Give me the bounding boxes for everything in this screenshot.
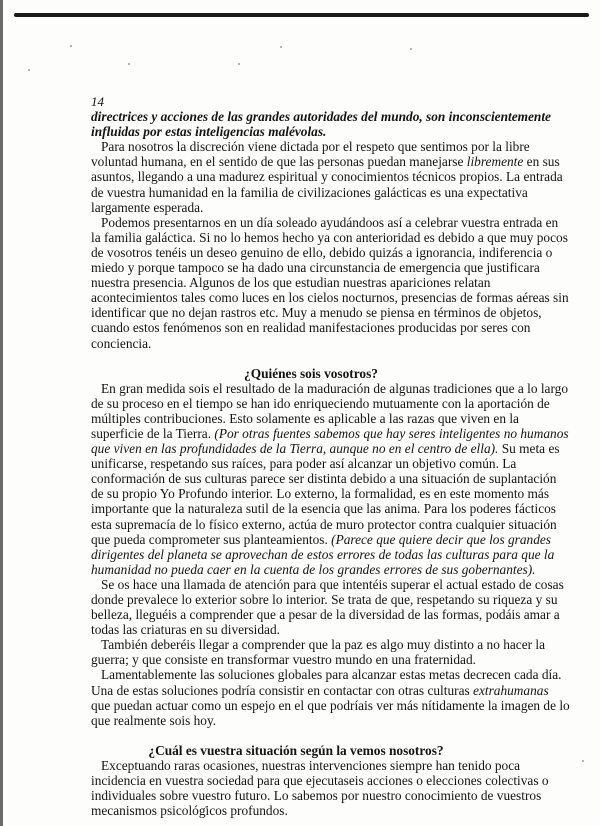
italic-emphasis: libremente [467, 154, 524, 169]
paragraph-exceptuando: Exceptuando raras ocasiones, nuestras in… [91, 758, 571, 818]
paragraph-gran-medida: En gran medida sois el resultado de la m… [91, 381, 571, 577]
scan-speck [410, 48, 412, 50]
scan-speck [70, 45, 72, 47]
section-heading-situacion: ¿Cuál es vuestra situación según la vemo… [91, 743, 571, 758]
scan-speck [28, 69, 30, 71]
intro-fragment: directrices y acciones de las grandes au… [91, 109, 571, 139]
paragraph-paz: También deberéis llegar a comprender que… [91, 637, 571, 667]
scan-speck [238, 63, 240, 65]
scan-speck [280, 46, 282, 48]
scan-left-edge [0, 0, 3, 826]
paragraph-llamada: Se os hace una llamada de atención para … [91, 577, 571, 637]
section-heading-quienes: ¿Quiénes sois vosotros? [91, 366, 571, 381]
paragraph-presentarnos: Podemos presentarnos en un día soleado a… [91, 215, 571, 351]
scan-speck [128, 63, 130, 65]
document-page: 14 directrices y acciones de las grandes… [91, 94, 571, 818]
paragraph-text: que puedan actuar como un espejo en el q… [91, 698, 570, 728]
scan-speck [582, 760, 584, 762]
italic-emphasis: extrahumanas [473, 683, 549, 698]
paragraph-soluciones: Lamentablemente las soluciones globales … [91, 667, 571, 727]
scan-top-rule [14, 13, 589, 17]
page-number: 14 [91, 94, 571, 109]
paragraph-text: Para nosotros la discreción viene dictad… [91, 139, 530, 169]
paragraph-discrecion: Para nosotros la discreción viene dictad… [91, 139, 571, 214]
